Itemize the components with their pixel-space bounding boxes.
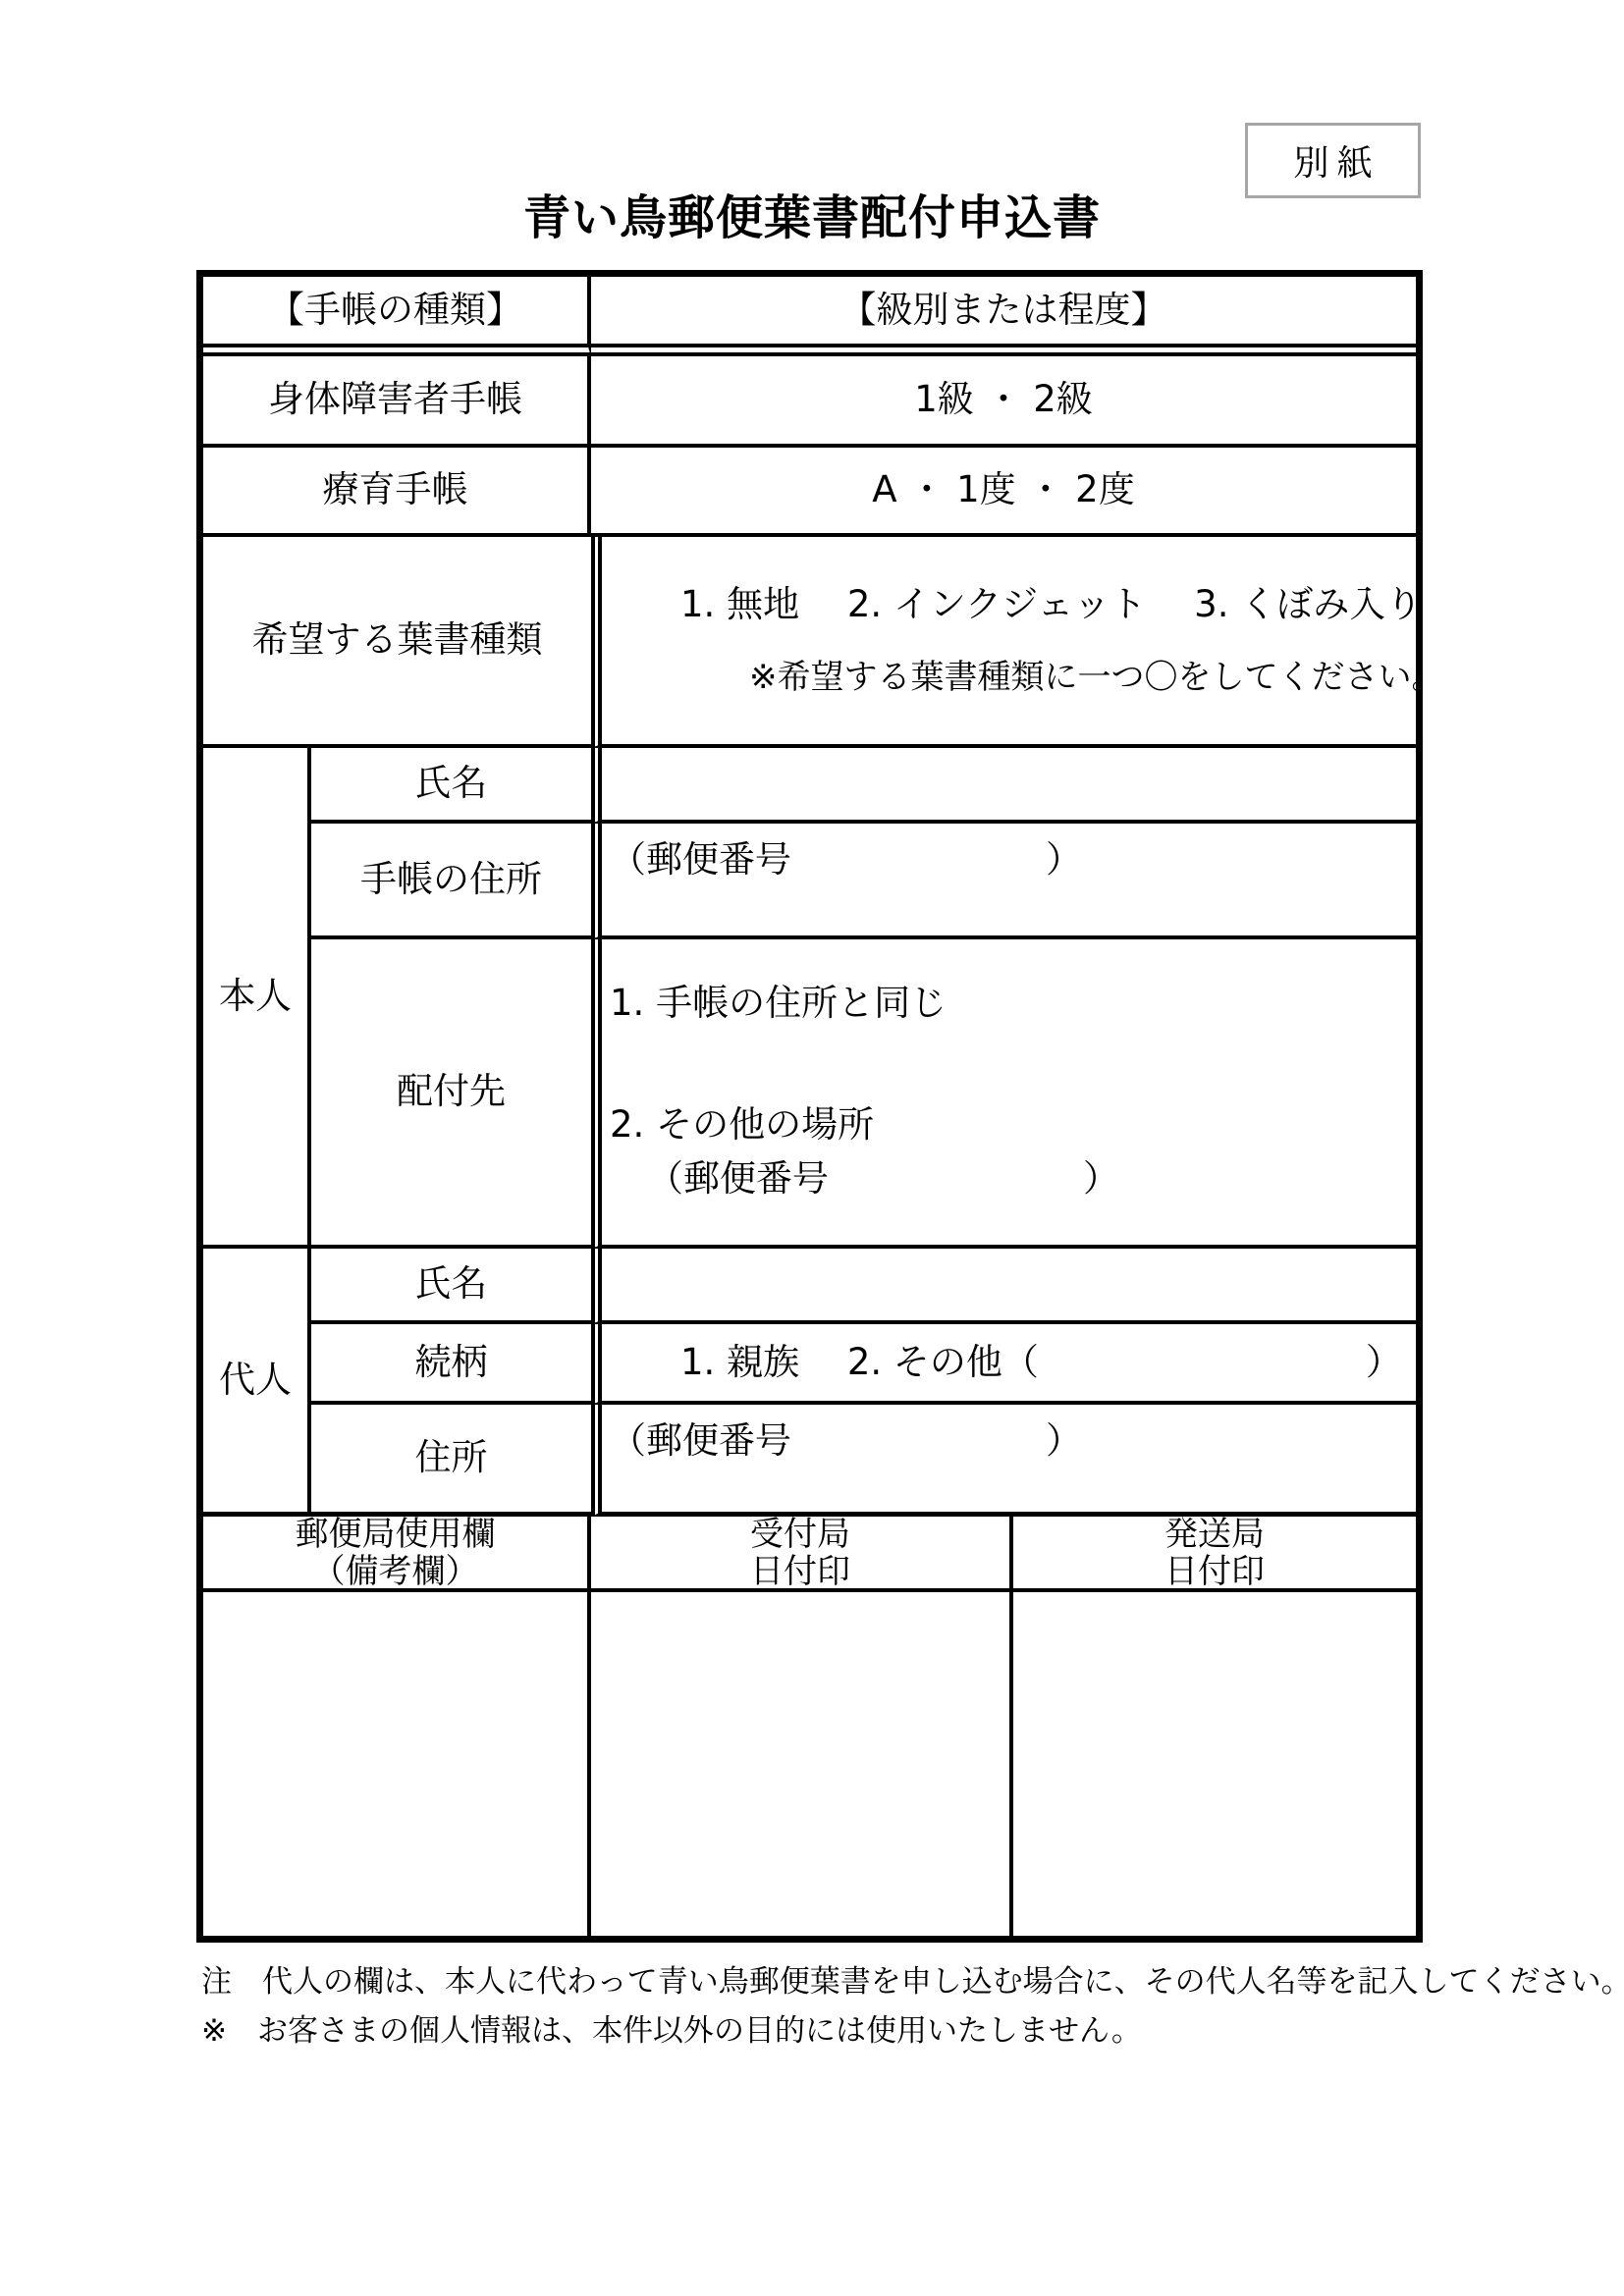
postcard-type-label: 希望する葉書種類 bbox=[203, 537, 591, 748]
delivery-option-other-place: 2. その他の場所 bbox=[610, 1102, 874, 1148]
footnote-privacy-note: ※ お客さまの個人情報は、本件以外の目的には使用いたしません。 bbox=[201, 2006, 1576, 2056]
post-office-use-header: 郵便局使用欄 （備考欄） bbox=[203, 1517, 591, 1592]
proxy-name-input-area bbox=[591, 1249, 1416, 1324]
header-notebook-type-cell: 【手帳の種類】 bbox=[203, 277, 591, 356]
notebook-address-postal-prompt: （郵便番号 ） bbox=[610, 837, 1082, 882]
accepting-office-header-line1: 受付局 bbox=[750, 1517, 850, 1553]
postcard-type-options-cell: 1. 無地 2. インクジェット 3. くぼみ入り ※希望する葉書種類に一つ〇を… bbox=[591, 537, 1416, 748]
postcard-type-note: ※希望する葉書種類に一つ〇をしてください。 bbox=[749, 657, 1416, 699]
delivery-destination-options-cell: 1. 手帳の住所と同じ 2. その他の場所 （郵便番号 ） bbox=[591, 939, 1416, 1249]
dispatching-office-header-line2: 日付印 bbox=[1164, 1553, 1265, 1590]
delivery-option-same-address: 1. 手帳の住所と同じ bbox=[610, 981, 947, 1026]
rehabilitation-notebook-label: 療育手帳 bbox=[203, 448, 591, 537]
accepting-office-stamp-box bbox=[591, 1592, 1013, 1936]
delivery-option-other-postal-prompt: （郵便番号 ） bbox=[647, 1156, 1119, 1201]
applicant-name-label: 氏名 bbox=[311, 748, 591, 824]
physical-disability-notebook-label: 身体障害者手帳 bbox=[203, 356, 591, 448]
relationship-label: 続柄 bbox=[311, 1324, 591, 1405]
applicant-name-input-area bbox=[591, 748, 1416, 824]
page-title: 青い鳥郵便葉書配付申込書 bbox=[0, 180, 1624, 247]
form-page: 別紙 青い鳥郵便葉書配付申込書 【手帳の種類】 【級別または程度】 身体障害者手… bbox=[0, 0, 1624, 2296]
post-office-use-header-line1: 郵便局使用欄 bbox=[296, 1517, 496, 1553]
applicant-group-label: 本人 bbox=[203, 748, 311, 1249]
dispatching-office-stamp-box bbox=[1013, 1592, 1416, 1936]
postcard-type-options: 1. 無地 2. インクジェット 3. くぼみ入り bbox=[680, 582, 1416, 627]
rehabilitation-grade-value: A ・ 1度 ・ 2度 bbox=[591, 448, 1416, 537]
dispatching-office-header-line1: 発送局 bbox=[1164, 1517, 1265, 1553]
delivery-destination-label: 配付先 bbox=[311, 939, 591, 1249]
header-grade-cell: 【級別または程度】 bbox=[591, 277, 1416, 356]
relationship-options: 1. 親族 2. その他（ ） bbox=[591, 1324, 1416, 1405]
attachment-tag-label: 別紙 bbox=[1285, 135, 1380, 186]
post-office-use-header-line2: （備考欄） bbox=[312, 1553, 479, 1590]
accepting-office-header-line2: 日付印 bbox=[750, 1553, 850, 1590]
post-office-use-box bbox=[203, 1592, 591, 1936]
application-form-table: 【手帳の種類】 【級別または程度】 身体障害者手帳 1級 ・ 2級 療育手帳 A… bbox=[196, 270, 1423, 1943]
physical-disability-grade-value: 1級 ・ 2級 bbox=[591, 356, 1416, 448]
proxy-group-label: 代人 bbox=[203, 1249, 311, 1517]
notebook-address-input-area: （郵便番号 ） bbox=[591, 824, 1416, 939]
notebook-address-label: 手帳の住所 bbox=[311, 824, 591, 939]
proxy-address-postal-prompt: （郵便番号 ） bbox=[610, 1418, 1082, 1464]
proxy-address-label: 住所 bbox=[311, 1405, 591, 1517]
footnote-proxy-note: 注 代人の欄は、本人に代わって青い鳥郵便葉書を申し込む場合に、その代人名等を記入… bbox=[201, 1957, 1576, 2006]
dispatching-office-header: 発送局 日付印 bbox=[1013, 1517, 1416, 1592]
footnotes: 注 代人の欄は、本人に代わって青い鳥郵便葉書を申し込む場合に、その代人名等を記入… bbox=[201, 1957, 1576, 2056]
proxy-address-input-area: （郵便番号 ） bbox=[591, 1405, 1416, 1517]
proxy-name-label: 氏名 bbox=[311, 1249, 591, 1324]
accepting-office-header: 受付局 日付印 bbox=[591, 1517, 1013, 1592]
